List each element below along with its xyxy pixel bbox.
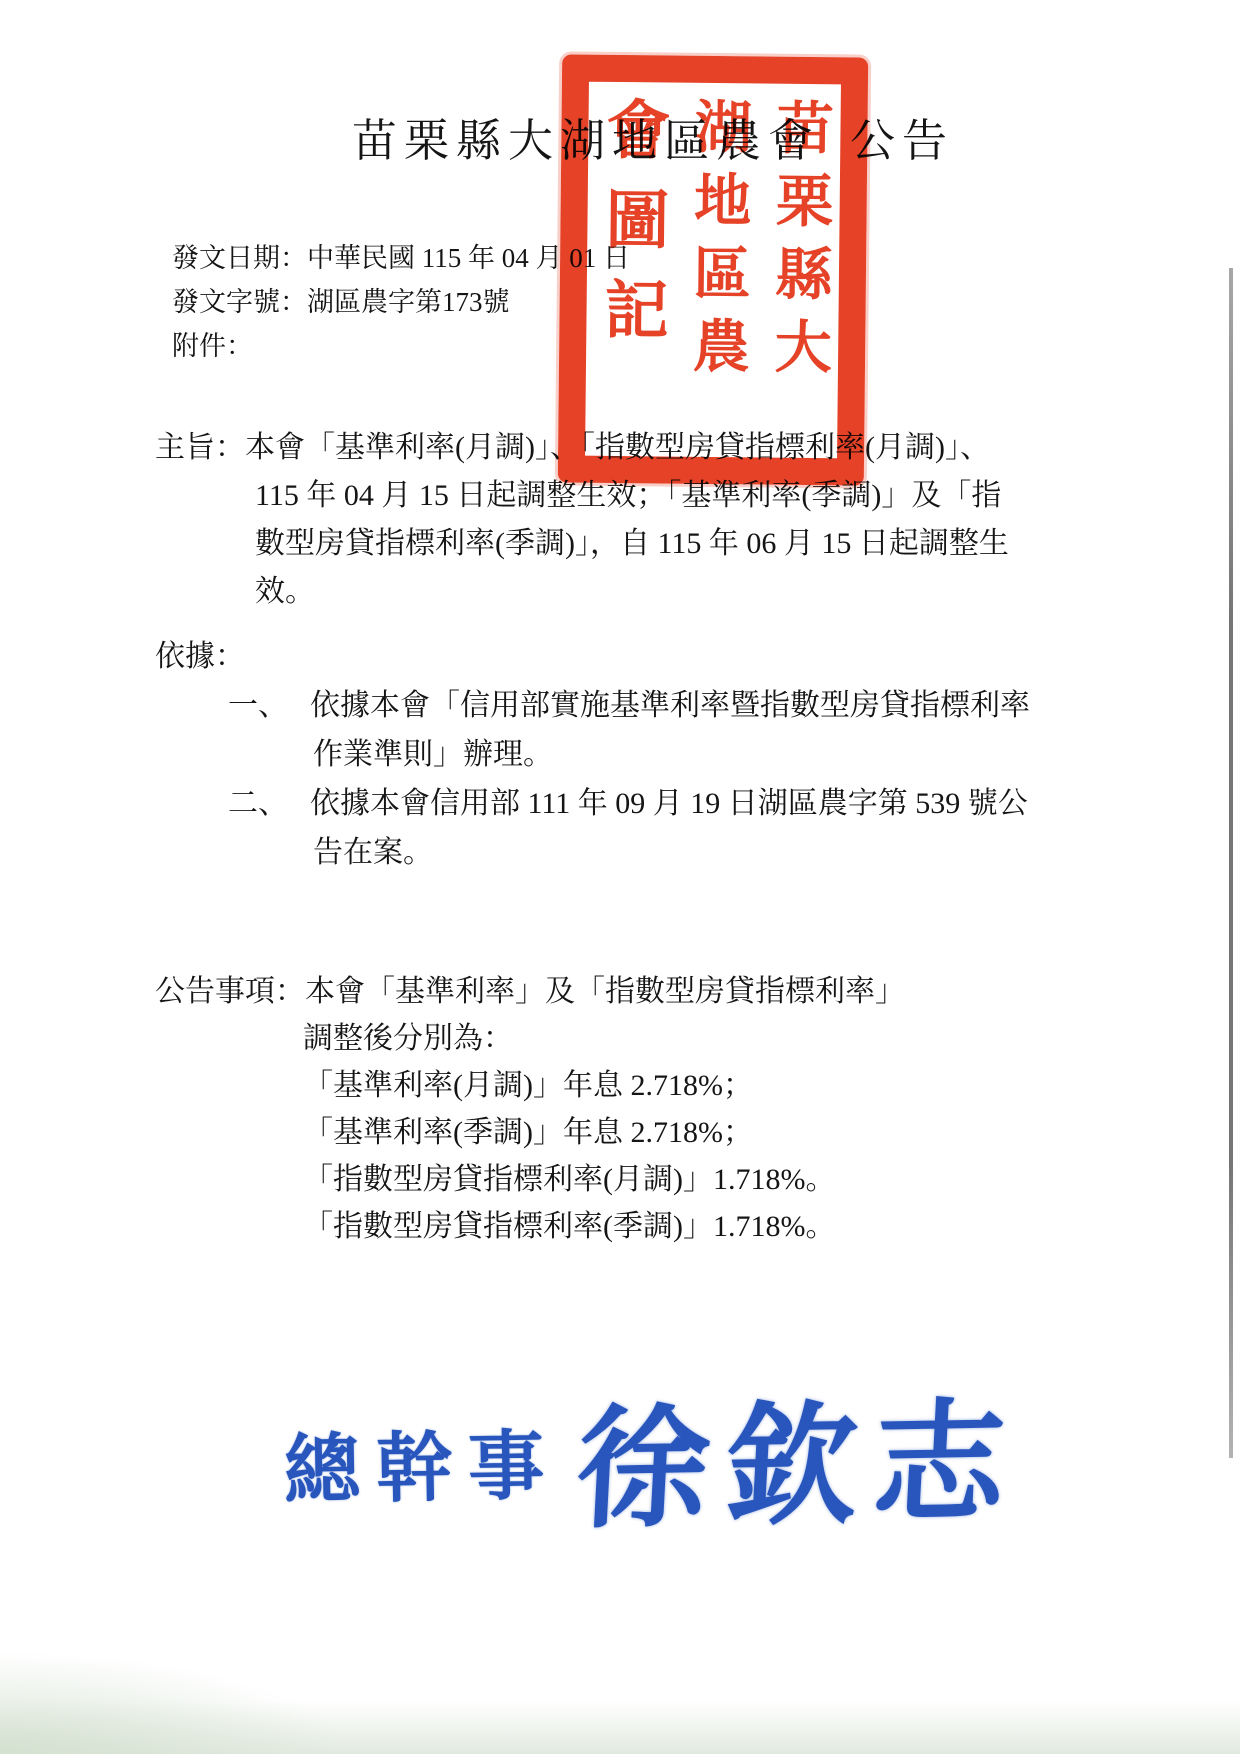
- basis-item-1-line-1: 一、依據本會「信用部實施基準利率暨指數型房貸指標利率: [228, 681, 1030, 730]
- subject-line-4: 效。: [255, 568, 1009, 616]
- announcement-section: 公告事項：本會「基準利率」及「指數型房貸指標利率」 調整後分別為： 「基準利率(…: [155, 968, 905, 1250]
- basis-label: 依據：: [155, 632, 1030, 681]
- basis-item-2-number: 二、: [228, 779, 288, 828]
- announcement-line-4: 「基準利率(季調)」年息 2.718%；: [303, 1109, 905, 1156]
- seal-column-middle: 湖地區農: [686, 97, 747, 444]
- announcement-text-1: 本會「基準利率」及「指數型房貸指標利率」: [305, 975, 905, 1008]
- subject-label: 主旨：: [155, 431, 245, 464]
- scan-corner-tint: [0, 1654, 340, 1754]
- subject-line-3: 數型房貸指標利率(季調)」，自 115 年 06 月 15 日起調整生: [255, 520, 1009, 568]
- basis-item-1-text: 依據本會「信用部實施基準利率暨指數型房貸指標利率: [310, 689, 1030, 722]
- announcement-document-page: 苗栗縣大湖地區農會公告 發文日期：中華民國 115 年 04 月 01 日 發文…: [0, 0, 1240, 1754]
- basis-item-1-number: 一、: [228, 681, 288, 730]
- signer-name: 徐欽志: [573, 1355, 1027, 1553]
- basis-item-1-line-2: 作業準則」辦理。: [313, 730, 1030, 779]
- basis-item-2-text: 依據本會信用部 111 年 09 月 19 日湖區農字第 539 號公: [310, 787, 1028, 820]
- announcement-line-2: 調整後分別為：: [303, 1015, 905, 1062]
- announcement-line-3: 「基準利率(月調)」年息 2.718%；: [303, 1062, 905, 1109]
- official-red-seal-stamp: 苗栗縣大 湖地區農 會圖記: [558, 54, 868, 485]
- announcement-label: 公告事項：: [155, 975, 305, 1008]
- seal-column-right: 苗栗縣大: [768, 98, 829, 445]
- announcement-line-1: 公告事項：本會「基準利率」及「指數型房貸指標利率」: [155, 968, 905, 1015]
- basis-section: 依據： 一、依據本會「信用部實施基準利率暨指數型房貸指標利率 作業準則」辦理。 …: [155, 632, 1030, 877]
- scan-edge-line: [1229, 268, 1233, 1458]
- basis-item-2-line-1: 二、依據本會信用部 111 年 09 月 19 日湖區農字第 539 號公: [228, 779, 1030, 828]
- signer-title: 總幹事: [283, 1404, 561, 1518]
- general-manager-signature-stamp: 總幹事 徐欽志: [282, 1356, 1023, 1559]
- announcement-line-5: 「指數型房貸指標利率(月調)」1.718%。: [303, 1156, 905, 1203]
- announcement-line-6: 「指數型房貸指標利率(季調)」1.718%。: [303, 1203, 905, 1250]
- basis-item-2-line-2: 告在案。: [313, 828, 1030, 877]
- seal-column-left: 會圖記: [597, 96, 665, 443]
